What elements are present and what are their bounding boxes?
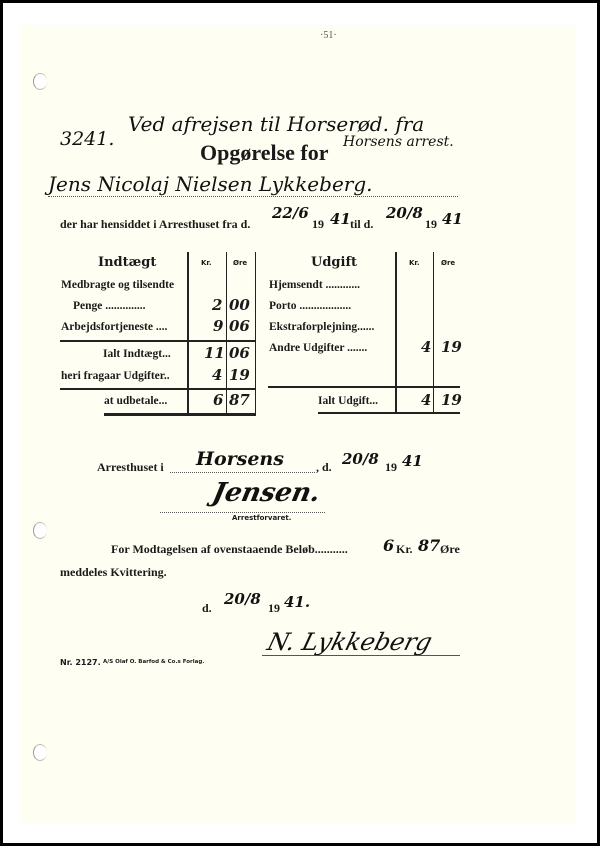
to-year-prefix: 19 <box>425 217 437 232</box>
expense-row-kr: 4 <box>421 338 431 356</box>
period-prefix: der har hensiddet i Arresthuset fra d. <box>60 217 250 232</box>
to-label: til d. <box>350 217 373 232</box>
person-name: Jens Nicolaj Nielsen Lykkeberg. <box>48 172 373 196</box>
warden-signature-line <box>160 512 325 513</box>
to-year: 41 <box>442 210 463 228</box>
receipt-date: 20/8 <box>224 590 261 608</box>
income-subtotal-rule <box>60 340 256 342</box>
income-divider-right <box>255 252 256 414</box>
prison-date-label: , d. <box>316 460 332 475</box>
page-mark: ·51· <box>320 30 337 41</box>
from-date: 22/6 <box>272 204 309 222</box>
handwritten-note-line1: Ved afrejsen til Horserød. fra <box>128 112 424 136</box>
receipt-date-prefix: d. <box>202 601 212 616</box>
income-divider-ore <box>226 252 227 414</box>
receipt-year-prefix: 19 <box>268 601 280 616</box>
payout-label: at udbetale... <box>104 395 167 407</box>
receipt-text: For Modtagelsen af ovenstaaende Beløb...… <box>111 542 348 557</box>
income-col-ore: Øre <box>233 259 247 267</box>
expense-row-ore: 19 <box>441 338 462 356</box>
deduction-label: heri fragaar Udgifter.. <box>61 370 170 382</box>
income-row-label: Penge .............. <box>73 300 146 312</box>
prison-place-underline <box>170 472 315 473</box>
expense-total-kr: 4 <box>421 391 431 409</box>
expense-row-label: Ekstraforplejning...... <box>269 321 374 333</box>
to-date: 20/8 <box>386 204 423 222</box>
total-income-label: Ialt Indtægt... <box>103 348 171 360</box>
expense-col-ore: Øre <box>441 259 455 267</box>
income-row-ore: 06 <box>229 317 250 335</box>
expense-col-kr: Kr. <box>409 259 420 267</box>
receipt-kr-value: 6 <box>383 536 394 555</box>
income-row-kr: 9 <box>213 317 223 335</box>
expense-row-label: Porto .................. <box>269 300 351 312</box>
prison-year-prefix: 19 <box>385 460 397 475</box>
from-year-prefix: 19 <box>312 217 324 232</box>
expense-heading: Udgift <box>311 255 357 270</box>
total-income-ore: 06 <box>229 344 250 362</box>
income-payout-rule <box>60 388 256 390</box>
income-divider-kr <box>187 252 189 414</box>
payout-ore: 87 <box>229 391 250 409</box>
handwritten-note-line2: Horsens arrest. <box>343 134 454 150</box>
expense-bottom-rule <box>318 412 460 414</box>
from-year: 41 <box>330 210 351 228</box>
recipient-signature-line <box>262 655 460 656</box>
expense-total-ore: 19 <box>441 391 462 409</box>
publisher-imprint: A/S Olaf O. Barfod & Co.s Forlag. <box>103 659 204 665</box>
punch-hole-top <box>33 73 47 90</box>
income-row-kr: 2 <box>212 296 222 314</box>
income-heading: Indtægt <box>98 255 156 270</box>
deduction-kr: 4 <box>212 366 222 384</box>
income-bottom-rule <box>104 413 256 416</box>
prison-year: 41 <box>402 452 423 470</box>
prison-place: Horsens <box>196 448 284 470</box>
form-number: Nr. 2127. <box>60 658 101 667</box>
receipt-kr-label: Kr. <box>396 542 413 557</box>
expense-total-label: Ialt Udgift... <box>318 395 378 407</box>
prison-prefix: Arresthuset i <box>97 460 164 475</box>
prison-date: 20/8 <box>342 450 379 468</box>
payout-kr: 6 <box>213 391 223 409</box>
expense-divider-kr <box>395 252 397 414</box>
total-income-kr: 11 <box>204 344 225 362</box>
receipt-line2: meddeles Kvittering. <box>60 565 167 580</box>
expense-divider-ore <box>433 252 434 414</box>
income-row-label: Arbejdsfortjeneste .... <box>61 321 167 333</box>
warden-signature: Jensen. <box>210 478 323 508</box>
receipt-year: 41. <box>284 593 310 611</box>
punch-hole-middle <box>33 522 47 539</box>
receipt-ore-label: Øre <box>440 542 460 557</box>
archive-number: 3241. <box>60 128 114 150</box>
expense-row-label: Andre Udgifter ....... <box>269 342 367 354</box>
name-underline <box>48 196 458 197</box>
deduction-ore: 19 <box>229 366 250 384</box>
expense-total-rule <box>268 386 460 388</box>
expense-row-label: Hjemsendt ............ <box>269 279 360 291</box>
warden-caption: Arrestforvaret. <box>232 514 291 522</box>
income-col-kr: Kr. <box>201 259 212 267</box>
punch-hole-bottom <box>33 744 47 761</box>
income-row-label: Medbragte og tilsendte <box>61 279 174 291</box>
receipt-ore-value: 87 <box>418 536 440 555</box>
income-row-ore: 00 <box>229 296 250 314</box>
document-title: Opgørelse for <box>200 140 329 166</box>
recipient-signature: N. Lykkeberg <box>264 628 435 656</box>
